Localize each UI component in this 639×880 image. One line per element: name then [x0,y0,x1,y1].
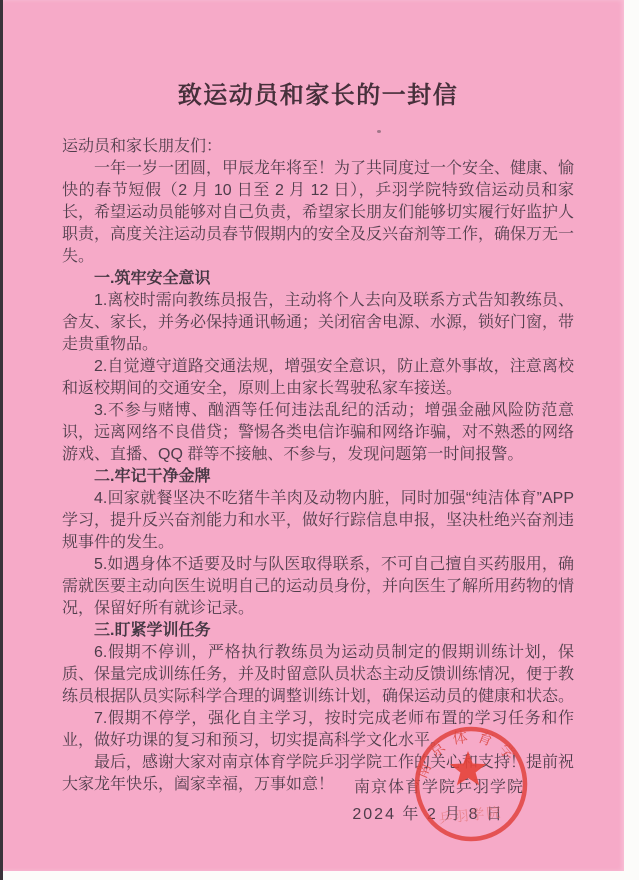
intro-paragraph: 一年一岁一团圆，甲辰龙年将至！为了共同度过一个安全、健康、愉快的春节短假（2 月… [62,158,574,268]
section-2-item-1: 4.回家就餐坚决不吃猪牛羊肉及动物内脏，同时加强“纯洁体育”APP 学习，提升反… [62,488,574,554]
section-3-item-2: 7.假期不停学，强化自主学习，按时完成老师布置的学习任务和作业，做好功课的复习和… [62,708,574,752]
section-1-item-1: 1.离校时需向教练员报告，主动将个人去向及联系方式告知教练员、舍友、家长，并务必… [62,290,574,356]
section-heading-2: 二.牢记干净金牌 [62,466,574,488]
scan-speck [377,130,381,133]
letter-paper: 致运动员和家长的一封信 运动员和家长朋友们： 一年一岁一团圆，甲辰龙年将至！为了… [3,0,624,871]
section-heading-1: 一.筑牢安全意识 [62,268,574,290]
letter-title: 致运动员和家长的一封信 [62,80,574,112]
date-line: 2024 年 2 月 8 日 [352,801,504,824]
section-1-item-2: 2.自觉遵守道路交通法规，增强安全意识，防止意外事故，注意离校和返校期间的交通安… [62,356,574,400]
signature: 南京体育学院乒羽学院 [354,774,524,797]
greeting-line: 运动员和家长朋友们： [62,136,574,158]
section-3-item-1: 6.假期不停训，严格执行教练员为运动员制定的假期训练计划，保质、保量完成训练任务… [62,642,574,708]
letter-content: 致运动员和家长的一封信 运动员和家长朋友们： 一年一岁一团圆，甲辰龙年将至！为了… [3,0,624,796]
section-1-item-3: 3.不参与赌博、酗酒等任何违法乱纪的活动；增强金融风险防范意识，远离网络不良借贷… [62,400,574,466]
section-2-item-2: 5.如遇身体不适要及时与队医取得联系，不可自己擅自买药服用，确需就医要主动向医生… [62,554,574,620]
section-heading-3: 三.盯紧学训任务 [62,620,574,642]
